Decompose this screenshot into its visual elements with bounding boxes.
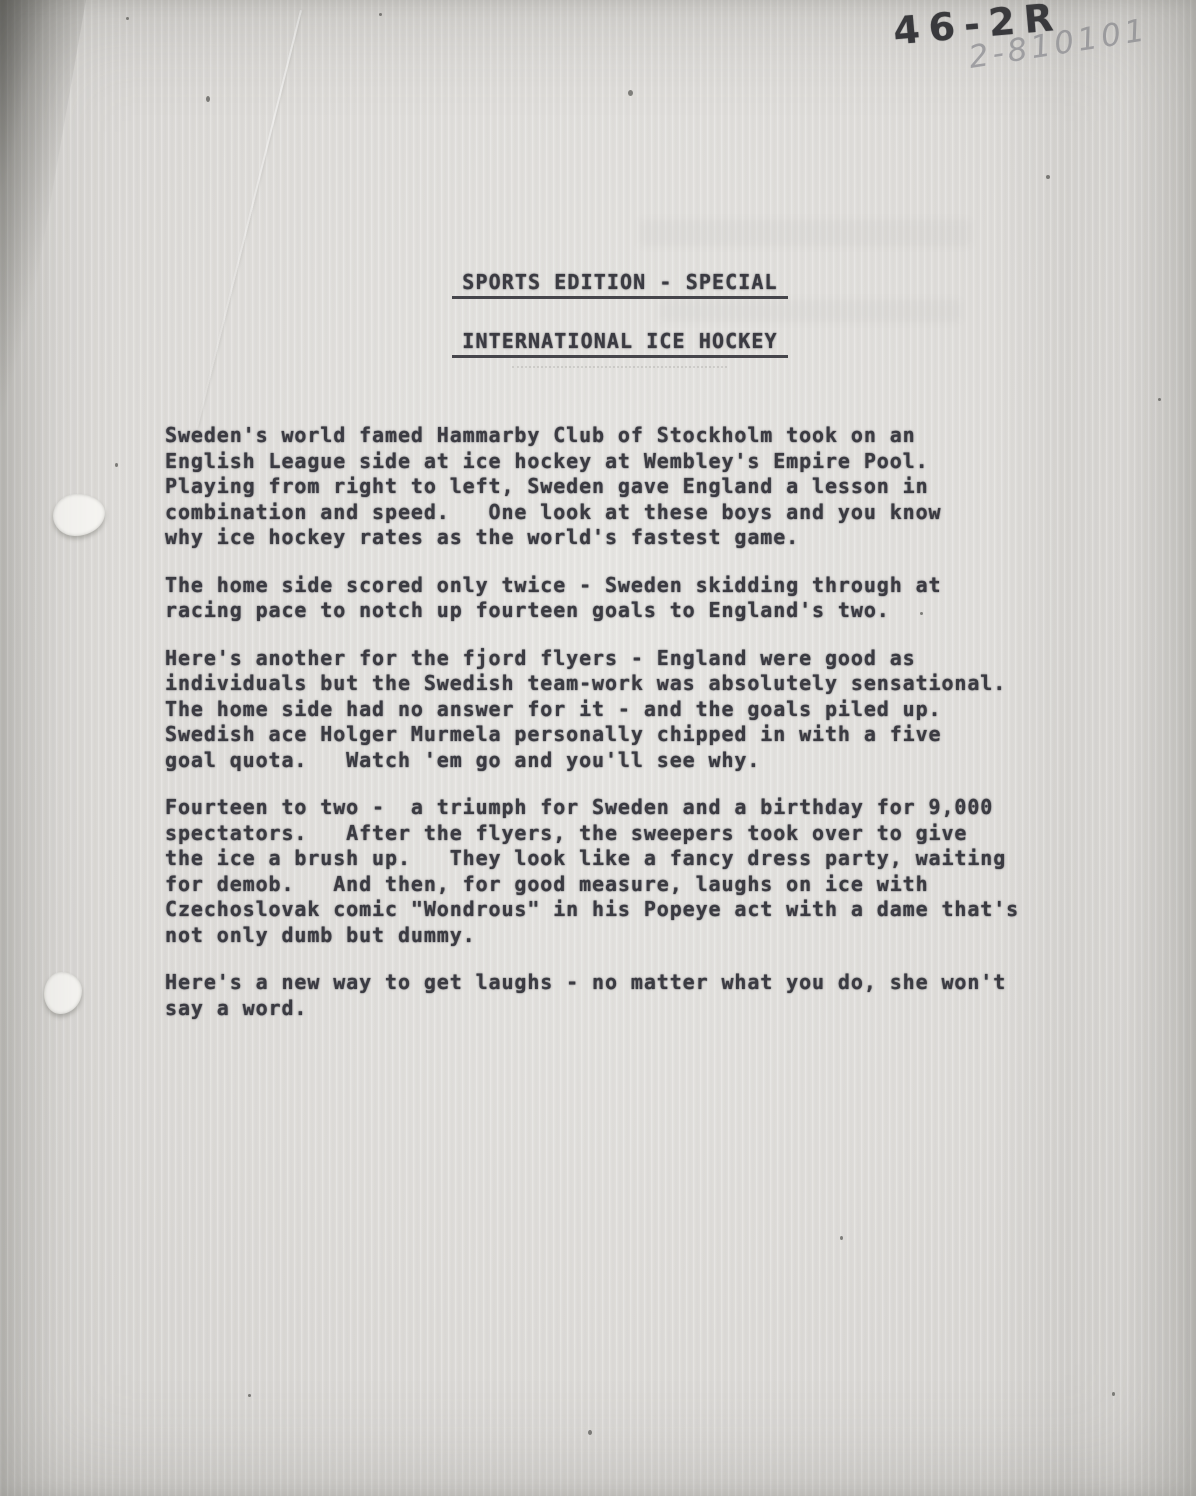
- paper-speck: [206, 96, 210, 102]
- paragraph-4: Fourteen to two - a triumph for Sweden a…: [165, 795, 1135, 948]
- paper-speck: [126, 17, 129, 20]
- paragraph-3: Here's another for the fjord flyers - En…: [165, 646, 1135, 774]
- document-headers: SPORTS EDITION - SPECIAL INTERNATIONAL I…: [0, 270, 1196, 358]
- paper-speck: [1046, 175, 1050, 179]
- title-international-ice-hockey: INTERNATIONAL ICE HOCKEY: [452, 329, 787, 358]
- paper-speck: [1158, 398, 1161, 401]
- faint-dotted-rule: [512, 366, 727, 368]
- paragraph-2: The home side scored only twice - Sweden…: [165, 573, 1135, 624]
- title-spacer: [44, 299, 1196, 329]
- paper-speck: [628, 90, 633, 96]
- document-body: Sweden's world famed Hammarby Club of St…: [165, 423, 1135, 1043]
- bleed-through-smudge: [640, 220, 970, 246]
- page-edge-shadow: [0, 0, 86, 440]
- paper-speck: [840, 1236, 843, 1240]
- punch-hole: [53, 494, 105, 536]
- paragraph-1: Sweden's world famed Hammarby Club of St…: [165, 423, 1135, 551]
- paper-crease: [196, 10, 302, 428]
- scanned-document-page: 46-2R 2-810101 SPORTS EDITION - SPECIAL …: [0, 0, 1196, 1496]
- paper-speck: [1112, 1392, 1115, 1396]
- paragraph-5: Here's a new way to get laughs - no matt…: [165, 970, 1135, 1021]
- paper-speck: [115, 463, 118, 467]
- punch-hole: [44, 972, 82, 1014]
- title-sports-edition: SPORTS EDITION - SPECIAL: [452, 270, 787, 299]
- paper-speck: [588, 1430, 592, 1435]
- paper-speck: [379, 13, 382, 16]
- paper-speck: [248, 1394, 251, 1397]
